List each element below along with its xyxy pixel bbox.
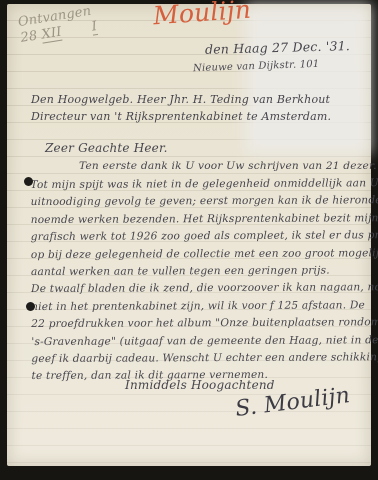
salutation-line: Zeer Geachte Heer. (45, 141, 168, 155)
body-line: 's-Gravenhage" (uitgaaf van de gemeente … (31, 332, 378, 352)
addressee-line-2: Directeur van 't Rijksprentenkabinet te … (31, 109, 331, 126)
received-gap (66, 31, 88, 34)
body-line: Tot mijn spijt was ik niet in de gelegen… (30, 175, 378, 195)
body-line: 22 proefdrukken voor het album "Onze bui… (31, 314, 378, 334)
body-line: noemde werken bezenden. Het Rijksprenten… (31, 210, 378, 230)
received-day: 28 (19, 28, 38, 45)
body-line: niet in het prentenkabinet zijn, wil ik … (31, 297, 378, 317)
letter-scan: Ontvangen 28 XII I Moulijn den Haag 27 D… (0, 0, 378, 480)
margin-ink-dot (26, 302, 35, 311)
received-month: XII (41, 25, 63, 44)
body-line: geef ik daarbij cadeau. Wenscht U echter… (31, 349, 378, 369)
sender-address-line: Nieuwe van Dijkstr. 101 (193, 59, 320, 74)
body-line: De twaalf bladen die ik zend, die voorzo… (31, 279, 378, 299)
place-date-line: den Haag 27 Dec. '31. (205, 38, 350, 57)
letter-body: Tot mijn spijt was ik niet in de gelegen… (30, 175, 378, 386)
body-line: uitnoodiging gevolg te geven; eerst morg… (31, 192, 378, 212)
received-pencil-note: Ontvangen 28 XII I (17, 3, 99, 47)
addressee-line-1: Den Hoogwelgeb. Heer Jhr. H. Teding van … (31, 92, 331, 109)
addressee-block: Den Hoogwelgeb. Heer Jhr. H. Teding van … (31, 92, 331, 125)
body-line: grafisch werk tot 1926 zoo goed als comp… (31, 227, 378, 247)
scan-light-patch (245, 4, 371, 154)
received-mark: I (91, 19, 99, 36)
body-line: aantal werken aan te vullen tegen een ge… (31, 262, 378, 282)
margin-ink-dot (24, 177, 33, 186)
body-opening-line: Ten eerste dank ik U voor Uw schrijven v… (79, 160, 377, 172)
body-line: op bij deze gelegenheid de collectie met… (31, 245, 378, 265)
closing-line: Inmiddels Hoogachtend (125, 378, 275, 392)
letter-paper: Ontvangen 28 XII I Moulijn den Haag 27 D… (7, 4, 371, 466)
red-name-heading: Moulijn (152, 0, 252, 30)
